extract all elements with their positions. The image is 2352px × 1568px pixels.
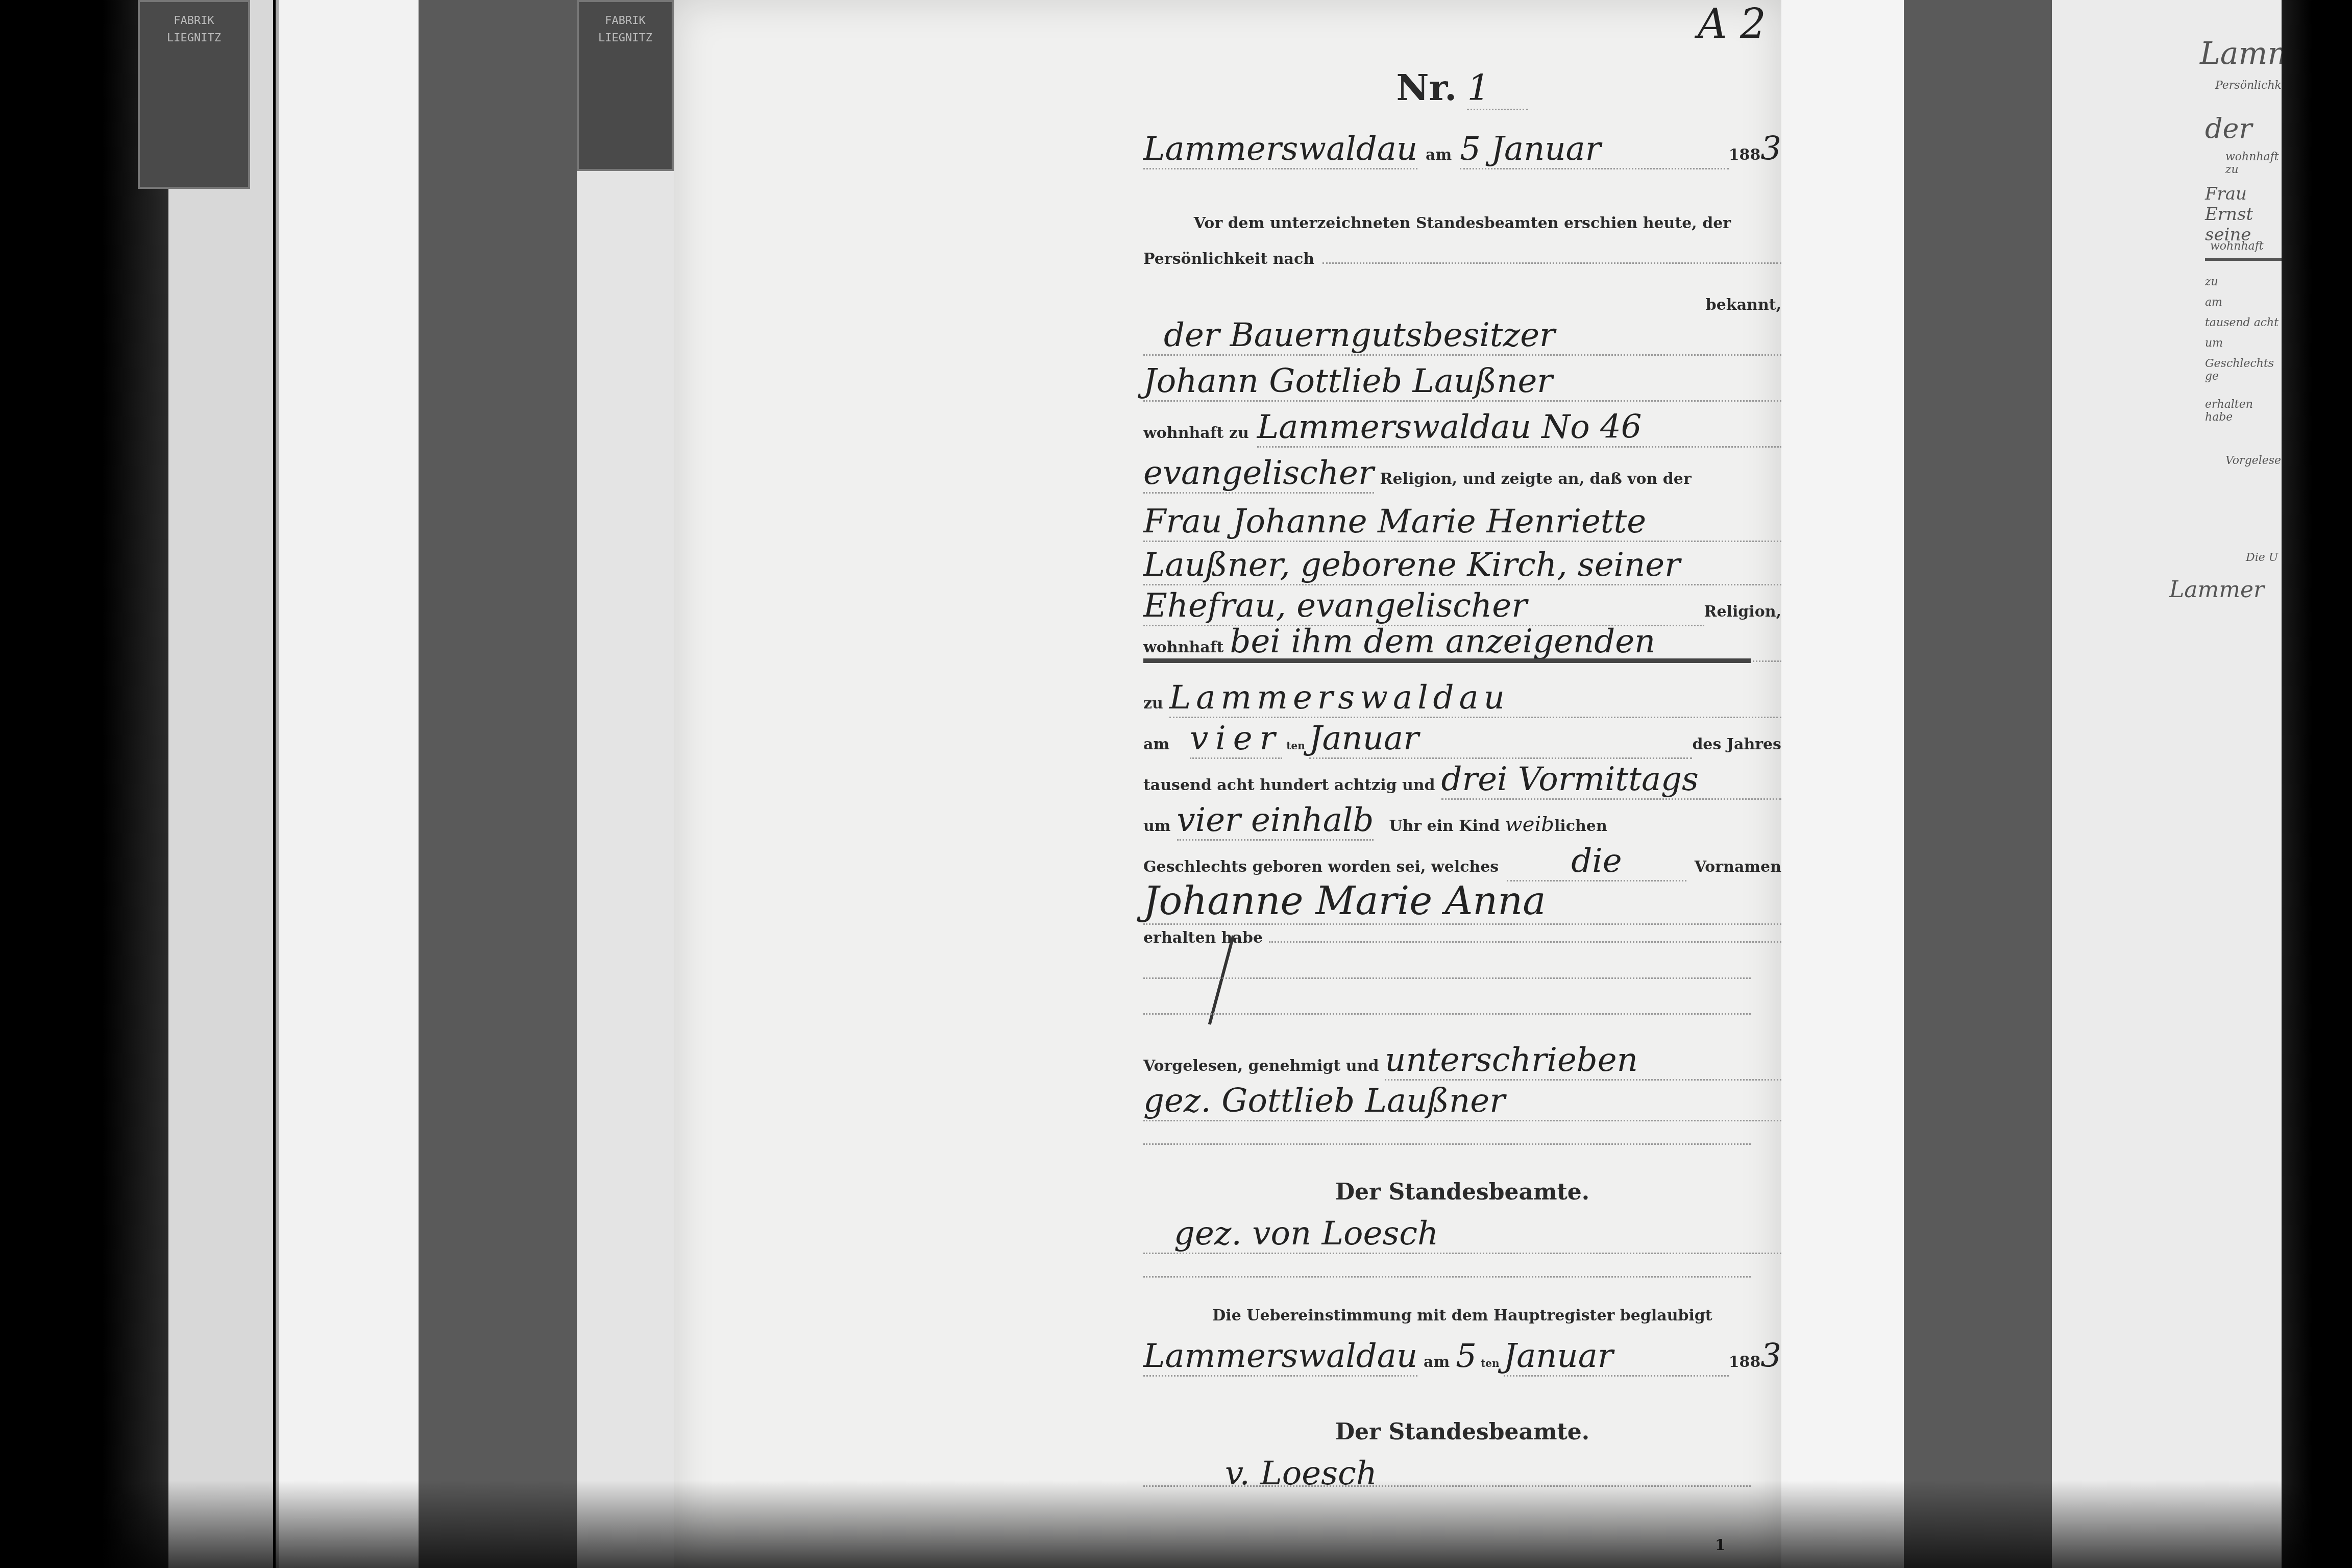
date-value: 5 Januar (1460, 130, 1728, 169)
left-page-strip (276, 0, 422, 1568)
lichen-label: lichen (1554, 817, 1607, 835)
fragment: wohnhaft zu (2225, 151, 2282, 176)
mother-name-line1: Frau Johanne Marie Henriette (1143, 503, 1781, 542)
fragment: am (2205, 296, 2222, 309)
blank-line (1143, 1143, 1751, 1145)
birth-place-value: Lammerswaldau (1169, 679, 1781, 718)
spine-label-text: LIEGNITZ (582, 30, 669, 47)
birth-year-value: drei Vormittags (1441, 761, 1781, 800)
fragment: um (2205, 337, 2223, 350)
um-label: um (1143, 817, 1171, 835)
place: Lammerswaldau (1143, 130, 1417, 169)
bekannt-line: bekannt, (1143, 296, 1781, 314)
des-jahres-label: des Jahres (1692, 736, 1781, 753)
fragment: tausend acht (2205, 316, 2278, 329)
certification-line: Die Uebereinstimmung mit dem Hauptregist… (1143, 1307, 1781, 1325)
birth-time-value: vier einhalb (1177, 801, 1374, 841)
blank-stroke (1208, 935, 1235, 1024)
fragment: der (2205, 112, 2252, 144)
blank-line (1143, 1276, 1751, 1278)
tausend-label: tausend acht hundert achtzig und (1143, 776, 1435, 794)
erhalten-line: erhalten habe (1143, 929, 1781, 947)
birth-date-line: am vier ten Januar des Jahres (1143, 720, 1781, 759)
record-number: Nr. 1 (1143, 66, 1781, 110)
informant-occupation: der Bauerngutsbesitzer (1143, 316, 1781, 356)
fragment: Ernst (2205, 204, 2253, 225)
mother-religion-value: Ehefrau, evangelischer (1143, 587, 1704, 626)
sex-value: weib (1505, 813, 1554, 836)
fragment: Vorgelesen (2225, 454, 2288, 467)
year-prefix: 188 (1729, 146, 1761, 164)
register-page: A 2 Nr. 1 Lammerswaldau am 5 Januar 188 … (674, 0, 1784, 1568)
film-edge-bottom (0, 1480, 2352, 1568)
year-prefix: 188 (1729, 1353, 1761, 1371)
number-label: Nr. (1396, 66, 1457, 109)
religion-value: evangelischer (1143, 454, 1374, 494)
film-edge-right (2282, 0, 2352, 1568)
official-signature: gez. von Loesch (1143, 1215, 1781, 1254)
fragment: Lammer (2169, 577, 2264, 603)
blank-line (1269, 941, 1781, 943)
year-suffix: 3 (1760, 1337, 1781, 1375)
name-intro-line: Geschlechts geboren worden sei, welches … (1143, 842, 1781, 881)
uhr-label: Uhr ein Kind (1389, 817, 1500, 835)
welches-value: die (1507, 842, 1686, 881)
fragment: wohnhaft (2210, 240, 2264, 253)
bekannt-label: bekannt, (1706, 296, 1781, 314)
fragment: erhalten habe (2205, 398, 2282, 424)
birth-place-line: zu Lammerswaldau (1143, 679, 1781, 718)
wohnhaft-label: wohnhaft (1143, 639, 1223, 656)
religion-text: Religion, und zeigte an, daß von der (1380, 470, 1692, 488)
fragment: Die U (2246, 551, 2278, 564)
erhalten-label: erhalten habe (1143, 929, 1263, 947)
fragment: Frau (2205, 184, 2247, 204)
blank-line (1143, 977, 1751, 979)
vorgelesen-line: Vorgelesen, genehmigt und unterschrieben (1143, 1041, 1781, 1081)
film-edge-left (0, 0, 168, 1568)
cert-month: Januar (1504, 1337, 1729, 1377)
spine-label-text: FABRIK (143, 12, 245, 30)
mother-religion-line: Ehefrau, evangelischer Religion, (1143, 587, 1781, 626)
religion-line: evangelischer Religion, und zeigte an, d… (1143, 454, 1781, 494)
fragment: Geschlechts ge (2205, 357, 2282, 383)
spine-label-text: LIEGNITZ (143, 30, 245, 47)
spine-label-outer: FABRIK LIEGNITZ (138, 0, 250, 189)
dark-gap-left (419, 0, 577, 1568)
official-heading: Der Standesbeamte. (1143, 1179, 1781, 1205)
wohnhaft-zu-label: wohnhaft zu (1143, 424, 1249, 442)
informant-name: Johann Gottlieb Laußner (1143, 362, 1781, 402)
vorgelesen-value: unterschrieben (1385, 1041, 1781, 1081)
blank-line (1143, 1013, 1751, 1015)
dark-gap-right (1904, 0, 2052, 1568)
month: Januar (1491, 130, 1601, 168)
am-label: am (1424, 1353, 1450, 1371)
mother-name-line2: Laußner, geborene Kirch, seiner (1143, 546, 1781, 585)
vorgelesen-label: Vorgelesen, genehmigt und (1143, 1057, 1379, 1075)
ten-label: ten (1481, 1357, 1500, 1369)
cert-day: 5 (1456, 1337, 1477, 1375)
mother-residence-line: wohnhaft bei ihm dem anzeigenden (1143, 623, 1781, 662)
spine-label-text: FABRIK (582, 12, 669, 30)
number-value: 1 (1467, 67, 1528, 110)
right-page-partial: Lamm Persönlichkeit der wohnhaft zu Frau… (2052, 0, 2282, 1568)
zu-label: zu (1143, 695, 1163, 713)
birth-year-line: tausend acht hundert achtzig und drei Vo… (1143, 761, 1781, 800)
left-book-edge-inner (577, 0, 679, 1568)
ten-label: ten (1286, 740, 1305, 752)
cert-place: Lammerswaldau (1143, 1337, 1417, 1377)
birth-day-value: vier (1190, 720, 1282, 759)
intro-line: Vor dem unterzeichneten Standesbeamten e… (1143, 214, 1781, 232)
child-name: Johanne Marie Anna (1143, 878, 1781, 925)
day: 5 (1460, 130, 1481, 168)
persoenlichkeit-line: Persönlichkeit nach (1143, 250, 1781, 268)
fragment: zu (2205, 276, 2218, 288)
religion-label: Religion, (1704, 603, 1781, 621)
am-label: am (1143, 736, 1169, 753)
residence-line: wohnhaft zu Lammerswaldau No 46 (1143, 408, 1781, 448)
section-divider (2205, 258, 2282, 261)
persoenlichkeit-label: Persönlichkeit nach (1143, 250, 1314, 268)
birth-month-value: Januar (1309, 720, 1693, 759)
blank-line (1322, 262, 1781, 264)
record-column: A 2 Nr. 1 Lammerswaldau am 5 Januar 188 … (1143, 0, 1781, 1568)
informant-signature: gez. Gottlieb Laußner (1143, 1082, 1781, 1121)
cert-place-date-line: Lammerswaldau am 5 ten Januar 188 3 (1143, 1337, 1781, 1377)
official-heading-2: Der Standesbeamte. (1143, 1419, 1781, 1445)
page-marker: A 2 (1698, 0, 1766, 47)
mother-residence-value: bei ihm dem anzeigenden (1230, 623, 1781, 662)
residence-value: Lammerswaldau No 46 (1257, 408, 1781, 448)
vornamen-label: Vornamen (1695, 858, 1781, 876)
section-divider (1143, 658, 1751, 663)
spine-label-inner: FABRIK LIEGNITZ (577, 0, 674, 171)
place-date-line: Lammerswaldau am 5 Januar 188 3 (1143, 130, 1781, 169)
birth-time-line: um vier einhalb Uhr ein Kind weib lichen (1143, 801, 1781, 841)
am-label: am (1426, 146, 1452, 164)
geschlechts-label: Geschlechts geboren worden sei, welches (1143, 858, 1499, 876)
right-page-margin (1781, 0, 1904, 1568)
year-suffix: 3 (1760, 130, 1781, 168)
left-book-edge-outer (168, 0, 273, 1568)
